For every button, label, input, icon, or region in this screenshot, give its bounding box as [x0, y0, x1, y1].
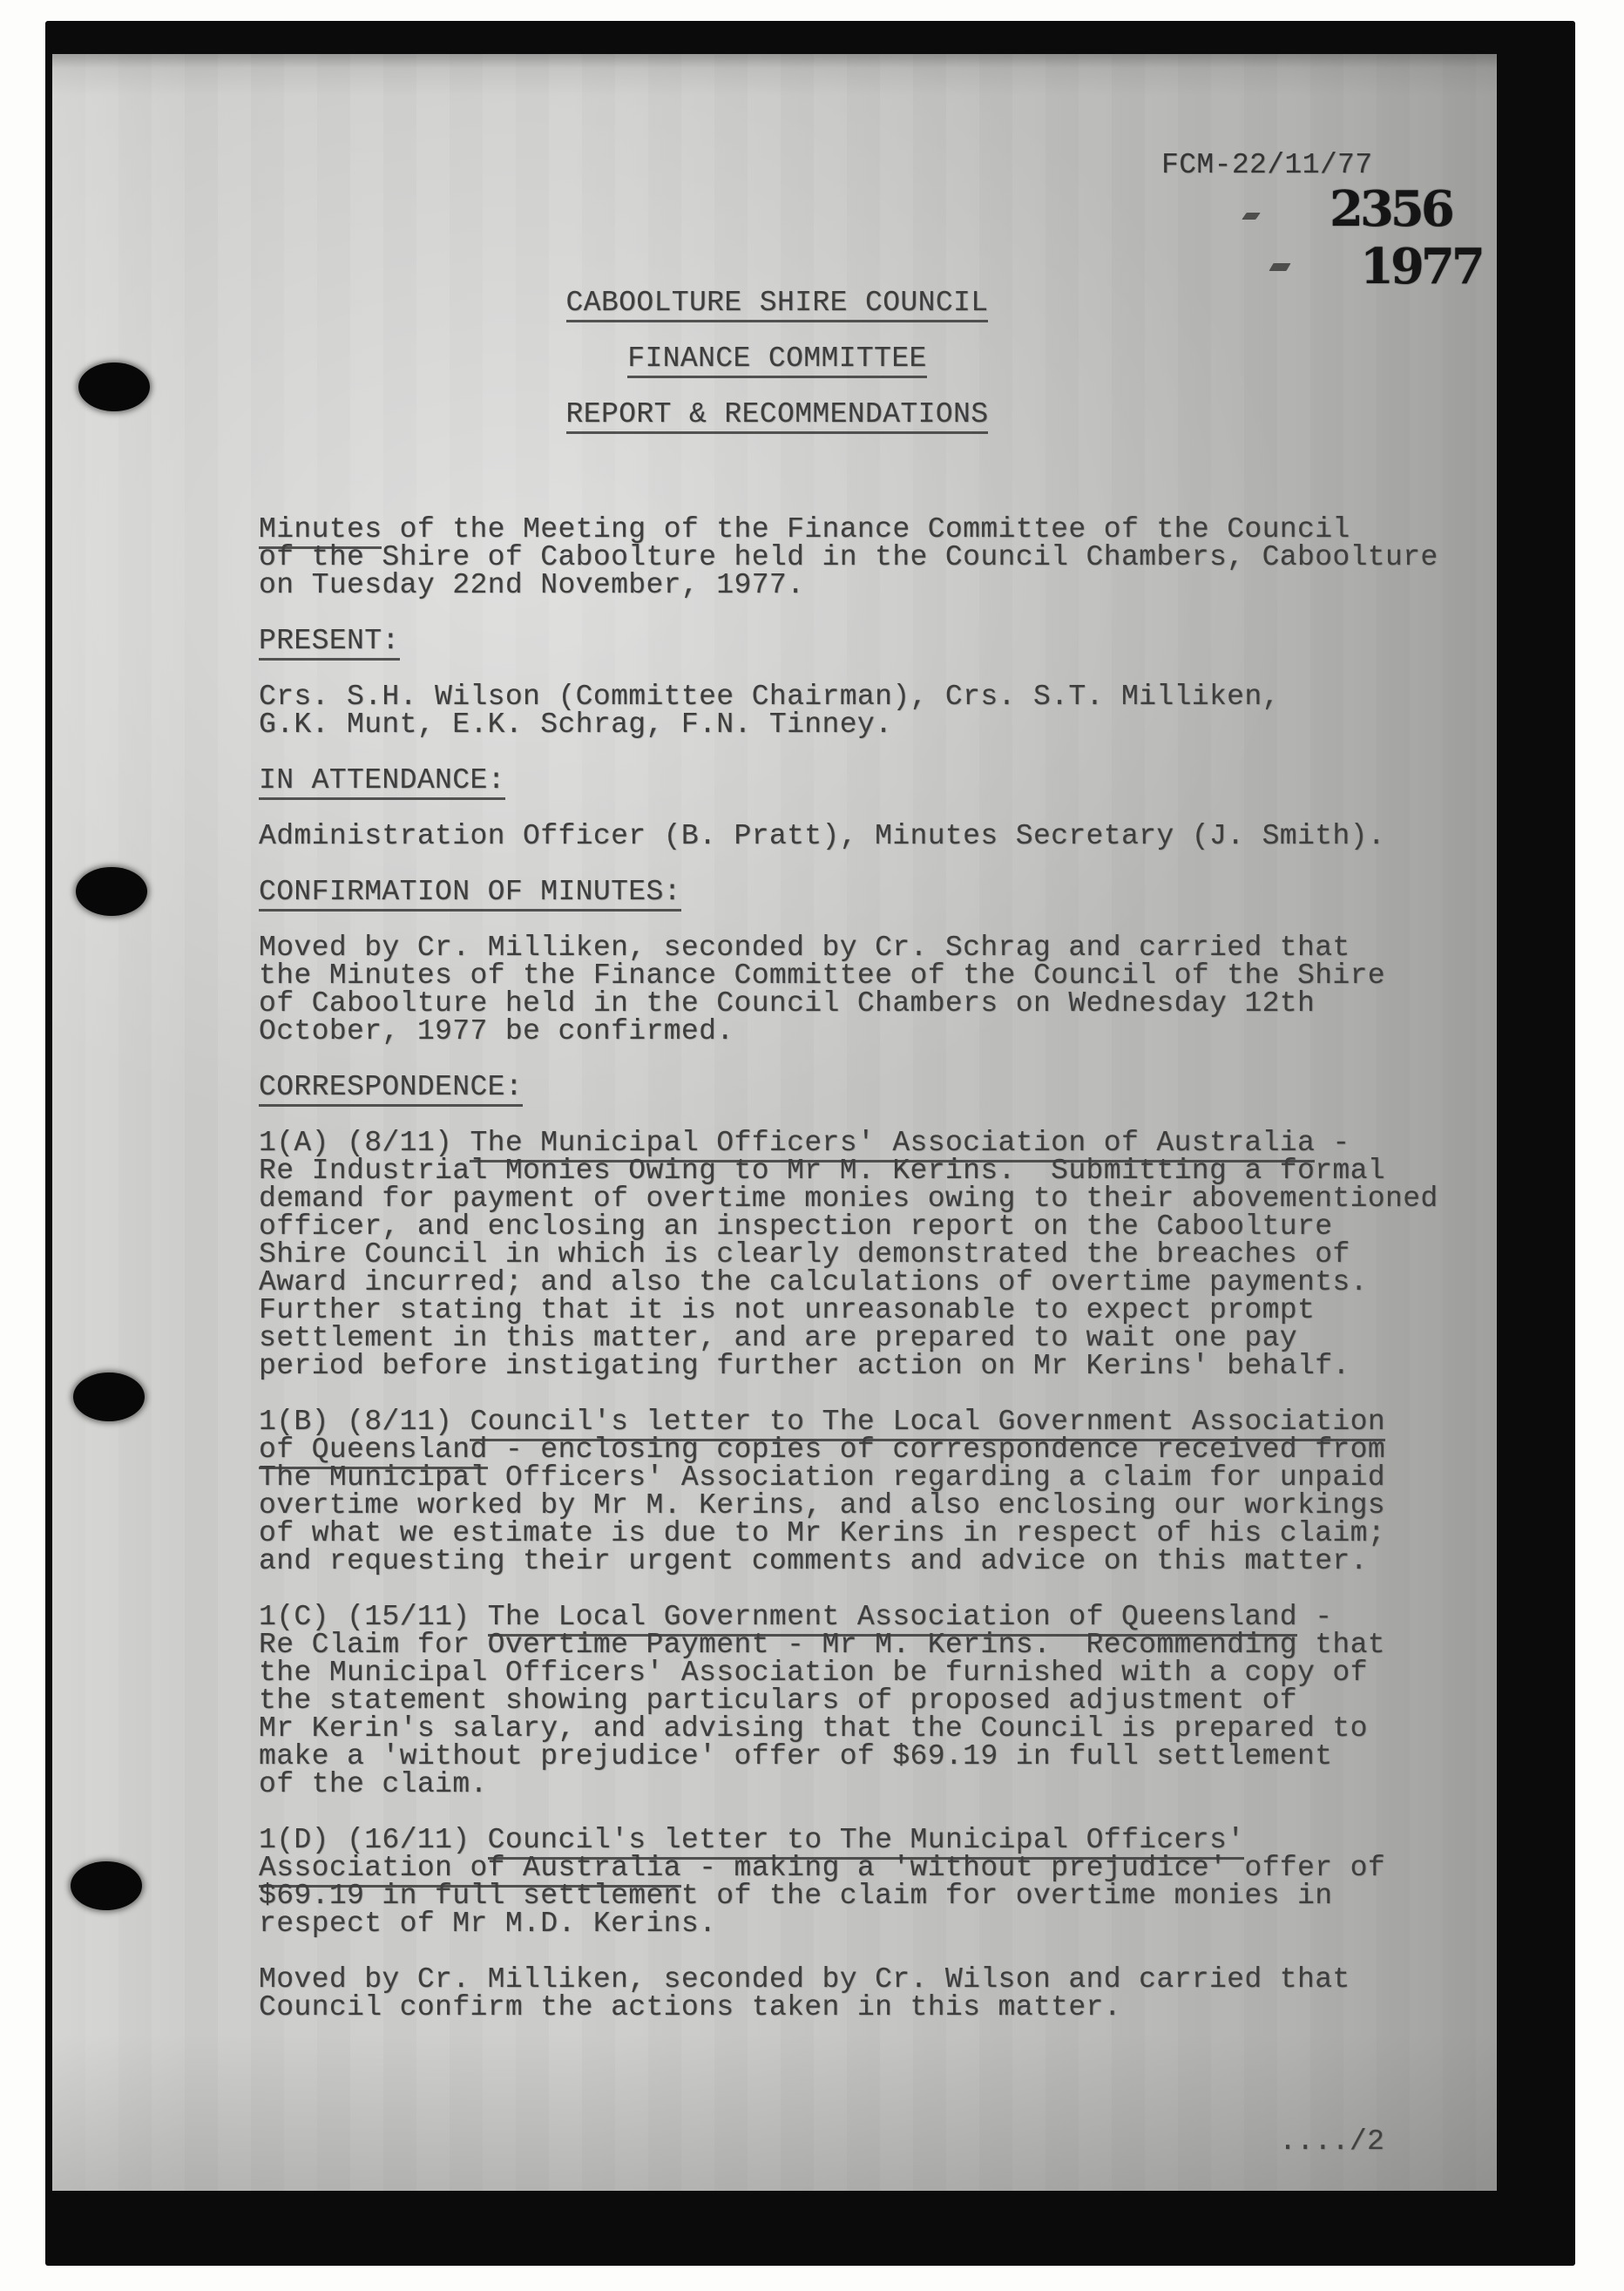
- correspondence-item-1c: 1(C) (15/11) The Local Government Associ…: [259, 1603, 1497, 1799]
- scanned-document-page: FCM-22/11/77 2356 1977 CABOOLTURE SHIRE …: [0, 0, 1624, 2291]
- present-heading: PRESENT:: [259, 627, 1497, 655]
- text-segment: and requesting their urgent comments and…: [259, 1545, 1368, 1577]
- punch-hole-1: [78, 363, 150, 411]
- punch-hole-3: [73, 1373, 145, 1421]
- text-segment: on Tuesday 22nd November, 1977.: [259, 569, 804, 601]
- correspondence-heading: CORRESPONDENCE:: [259, 1074, 1497, 1101]
- page-number-stamp: 2356: [1330, 186, 1451, 232]
- confirmation-heading-text: CONFIRMATION OF MINUTES:: [259, 876, 681, 912]
- present-names: Crs. S.H. Wilson (Committee Chairman), C…: [259, 683, 1497, 739]
- document-titles: CABOOLTURE SHIRE COUNCIL FINANCE COMMITT…: [259, 289, 1296, 457]
- text-segment: Administration Officer (B. Pratt), Minut…: [259, 820, 1385, 852]
- file-reference-number: FCM-22/11/77: [1161, 152, 1372, 180]
- correspondence-item-1b: 1(B) (8/11) Council's letter to The Loca…: [259, 1408, 1497, 1576]
- intro-paragraph: Minutes of the Meeting of the Finance Co…: [259, 516, 1497, 600]
- correspondence-heading-text: CORRESPONDENCE:: [259, 1071, 523, 1107]
- title-report-text: REPORT & RECOMMENDATIONS: [566, 398, 989, 434]
- punch-hole-2: [76, 867, 147, 916]
- attendance-heading: IN ATTENDANCE:: [259, 767, 1497, 795]
- present-heading-text: PRESENT:: [259, 625, 400, 661]
- document-body: Minutes of the Meeting of the Finance Co…: [259, 516, 1497, 2050]
- year-stamp: 1977: [1360, 244, 1482, 289]
- attendance-heading-text: IN ATTENDANCE:: [259, 764, 505, 800]
- title-council-text: CABOOLTURE SHIRE COUNCIL: [566, 287, 989, 322]
- correspondence-item-1a: 1(A) (8/11) The Municipal Officers' Asso…: [259, 1129, 1497, 1380]
- title-committee: FINANCE COMMITTEE: [259, 345, 1296, 373]
- title-committee-text: FINANCE COMMITTEE: [627, 342, 926, 378]
- document-paper: FCM-22/11/77 2356 1977 CABOOLTURE SHIRE …: [52, 54, 1497, 2191]
- title-council: CABOOLTURE SHIRE COUNCIL: [259, 289, 1296, 317]
- text-segment: period before instigating further action…: [259, 1350, 1350, 1382]
- text-segment: of the claim.: [259, 1768, 488, 1800]
- confirmation-paragraph: Moved by Cr. Milliken, seconded by Cr. S…: [259, 934, 1497, 1046]
- punch-hole-4: [71, 1861, 142, 1910]
- text-segment: respect of Mr M.D. Kerins.: [259, 1908, 716, 1940]
- text-segment: G.K. Munt, E.K. Schrag, F.N. Tinney.: [259, 708, 892, 741]
- attendance-names: Administration Officer (B. Pratt), Minut…: [259, 823, 1497, 851]
- scan-artifact-speck: [1269, 263, 1290, 271]
- scan-artifact-speck: [1242, 213, 1261, 220]
- correspondence-item-1d: 1(D) (16/11) Council's letter to The Mun…: [259, 1827, 1497, 1938]
- title-report: REPORT & RECOMMENDATIONS: [259, 401, 1296, 429]
- confirmation-heading: CONFIRMATION OF MINUTES:: [259, 878, 1497, 906]
- text-segment: October, 1977 be confirmed.: [259, 1015, 734, 1047]
- resolution-paragraph: Moved by Cr. Milliken, seconded by Cr. W…: [259, 1966, 1497, 2022]
- text-segment: Council confirm the actions taken in thi…: [259, 1991, 1121, 2023]
- page-continuation-marker: ..../2: [1279, 2128, 1384, 2156]
